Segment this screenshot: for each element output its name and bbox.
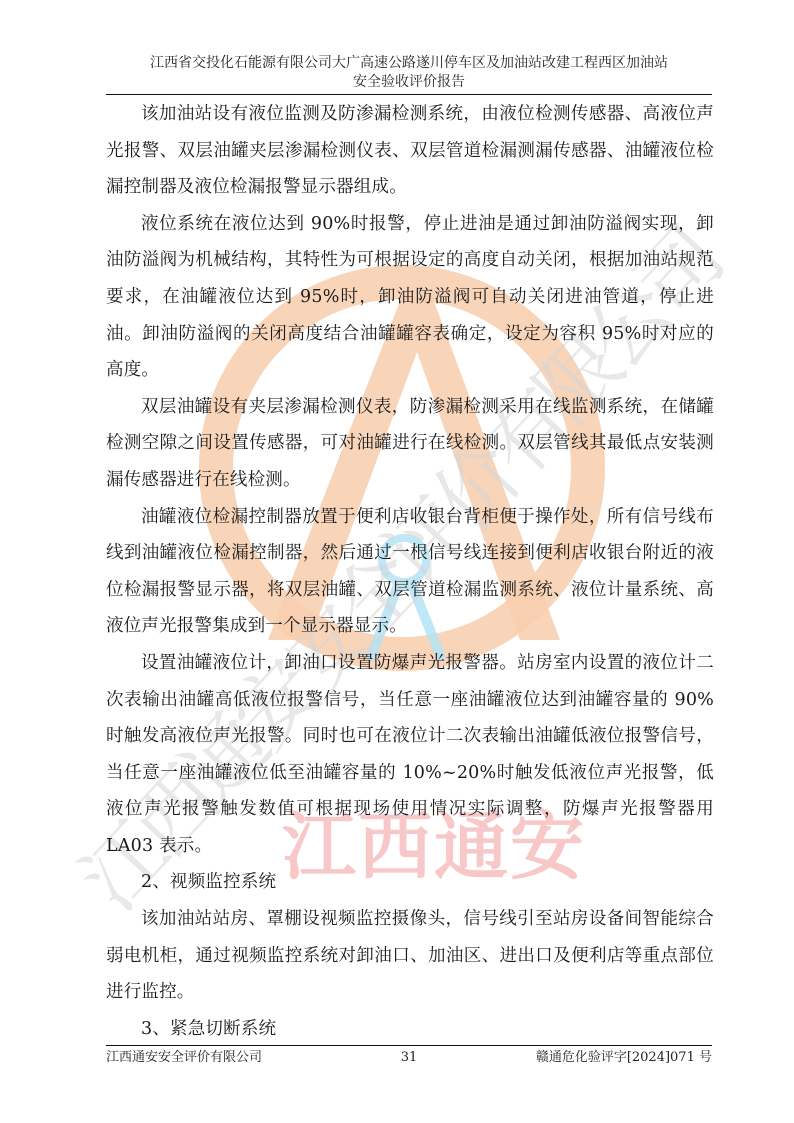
header-title-line1: 江西省交投化石能源有限公司大广高速公路遂川停车区及加油站改建工程西区加油站 <box>106 54 712 73</box>
paragraph-controller-placement: 油罐液位检漏控制器放置于便利店收银台背柜便于操作处，所有信号线布线到油罐液位检漏… <box>106 499 714 645</box>
paragraph-leak-detection-overview: 该加油站设有液位监测及防渗漏检测系统，由液位检测传感器、高液位声光报警、双层油罐… <box>106 96 714 206</box>
paragraph-double-wall-tank: 双层油罐设有夹层渗漏检测仪表，防渗漏检测采用在线监测系统，在储罐检测空隙之间设置… <box>106 389 714 499</box>
page-header: 江西省交投化石能源有限公司大广高速公路遂川停车区及加油站改建工程西区加油站 安全… <box>106 54 712 92</box>
footer-divider <box>106 1045 712 1046</box>
header-divider <box>106 94 712 95</box>
section-heading-video-monitoring: 2、视频监控系统 <box>106 864 714 901</box>
header-title-line2: 安全验收评价报告 <box>106 73 712 92</box>
paragraph-level-gauge-alarm: 设置油罐液位计，卸油口设置防爆声光报警器。站房室内设置的液位计二次表输出油罐高低… <box>106 645 714 865</box>
document-body: 该加油站设有液位监测及防渗漏检测系统，由液位检测传感器、高液位声光报警、双层油罐… <box>106 96 714 1047</box>
page-footer: 江西通安安全评价有限公司 31 赣通危化验评字[2024]071 号 <box>106 1049 712 1067</box>
paragraph-liquid-level-system: 液位系统在液位达到 90%时报警，停止进油是通过卸油防溢阀实现，卸油防溢阀为机械… <box>106 206 714 389</box>
section-heading-emergency-shutoff: 3、紧急切断系统 <box>106 1011 714 1048</box>
footer-document-number: 赣通危化验评字[2024]071 号 <box>536 1049 712 1067</box>
paragraph-video-monitoring: 该加油站站房、罩棚设视频监控摄像头，信号线引至站房设备间智能综合弱电机柜，通过视… <box>106 901 714 1011</box>
document-page: 江西通安安全评价有限公司 江西通安 江西省交投化石能源有限公司大广高速公路遂川停… <box>0 0 794 1123</box>
